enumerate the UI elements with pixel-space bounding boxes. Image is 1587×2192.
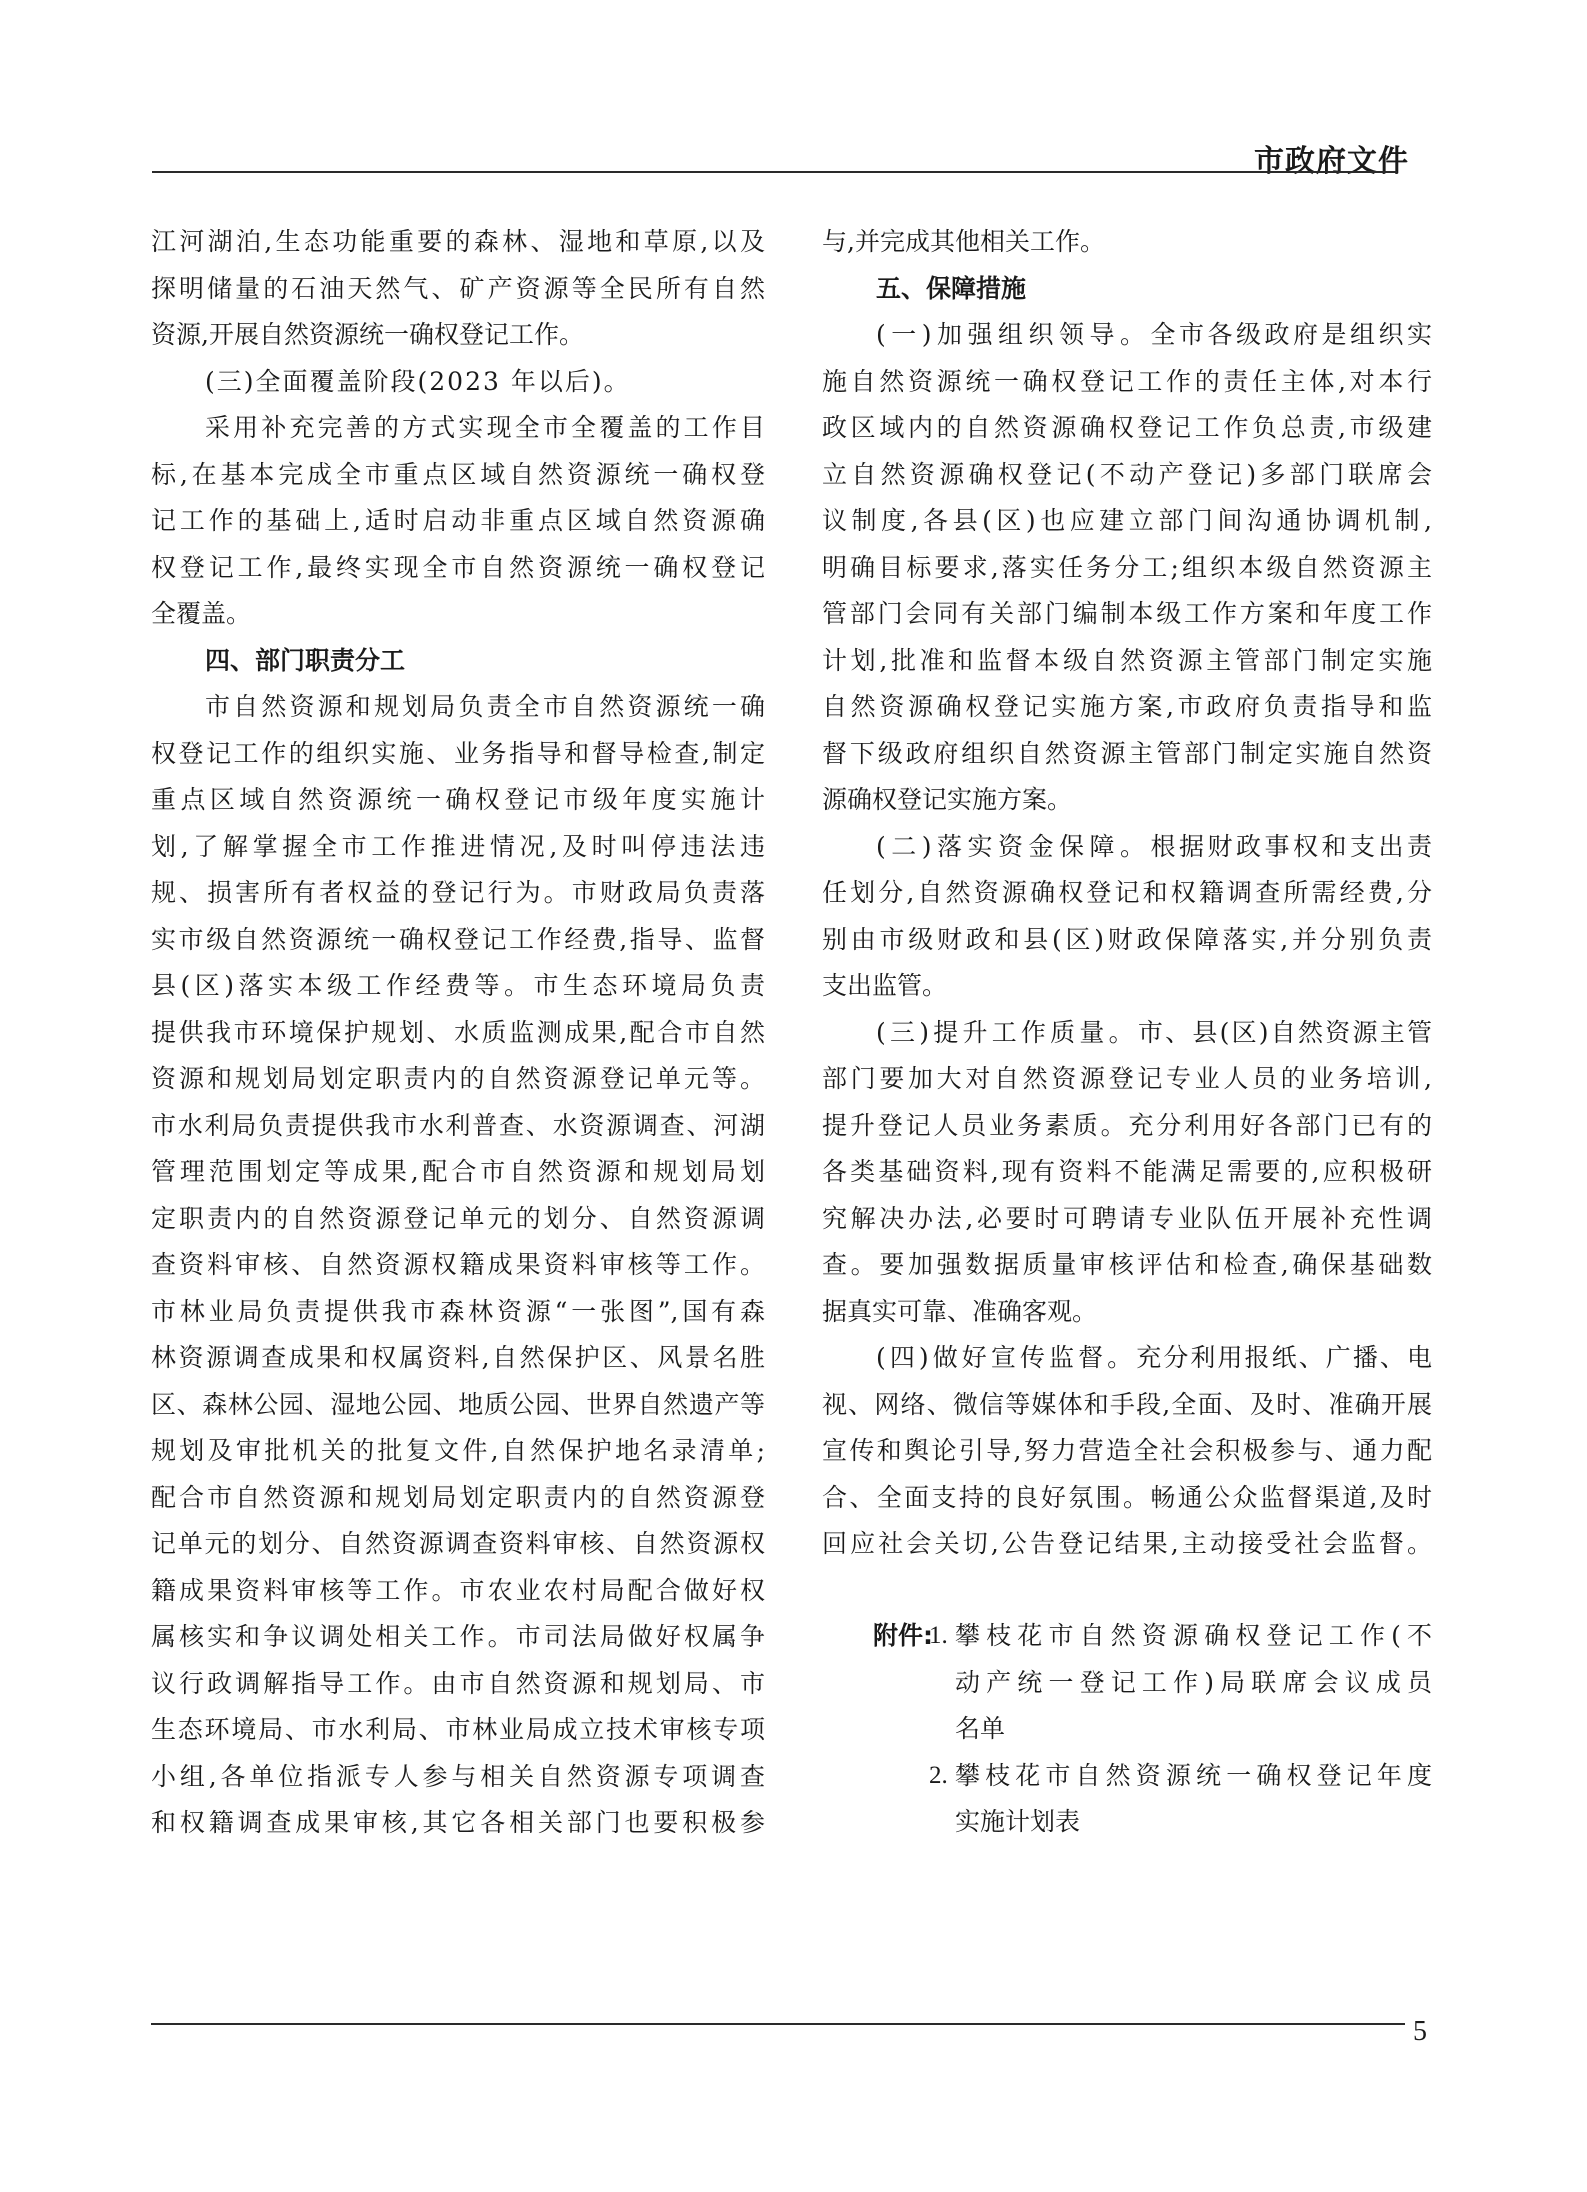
text-line: 采用补充完善的方式实现全市全覆盖的工作目 <box>151 412 765 459</box>
text-line: 宣传和舆论引导,努力营造全社会积极参与、通力配 <box>822 1435 1432 1482</box>
subsection-1-title: (一)加强组织领导。 <box>876 320 1151 349</box>
text-line: 定职责内的自然资源登记单元的划分、自然资源调 <box>151 1203 765 1250</box>
right-column: 与,并完成其他相关工作。 五、保障措施 (一)加强组织领导。全市各级政府是组织实… <box>822 226 1432 1575</box>
text-line: 立自然资源确权登记(不动产登记)多部门联席会 <box>822 459 1432 506</box>
running-header-title: 市政府文件 <box>1254 136 1409 180</box>
text-line: 明确目标要求,落实任务分工;组织本级自然资源主 <box>822 552 1432 599</box>
text-line: 规、损害所有者权益的登记行为。市财政局负责落 <box>151 877 765 924</box>
text-line: 全覆盖。 <box>151 598 765 645</box>
text-line: 议制度,各县(区)也应建立部门间沟通协调机制, <box>822 505 1432 552</box>
text-line: 查资料审核、自然资源权籍成果资料审核等工作。 <box>151 1249 765 1296</box>
text-line: 合、全面支持的良好氛围。畅通公众监督渠道,及时 <box>822 1482 1432 1529</box>
subsection-2-line: (二)落实资金保障。根据财政事权和支出责 <box>822 831 1432 878</box>
attachment-number: 2. <box>929 1760 948 1792</box>
text-line: 重点区域自然资源统一确权登记市级年度实施计 <box>151 784 765 831</box>
left-column: 江河湖泊,生态功能重要的森林、湿地和草原,以及 探明储量的石油天然气、矿产资源等… <box>151 226 765 1854</box>
text-line: 县(区)落实本级工作经费等。市生态环境局负责 <box>151 970 765 1017</box>
text-line: 查。要加强数据质量审核评估和检查,确保基础数 <box>822 1249 1432 1296</box>
subsection-1-line: (一)加强组织领导。全市各级政府是组织实 <box>822 319 1432 366</box>
footer-rule <box>151 2023 1405 2025</box>
text-line: 林资源调查成果和权属资料,自然保护区、风景名胜 <box>151 1342 765 1389</box>
attachment-number: 1. <box>929 1620 948 1652</box>
text-line: 实市级自然资源统一确权登记工作经费,指导、监督 <box>151 924 765 971</box>
text-line: 管部门会同有关部门编制本级工作方案和年度工作 <box>822 598 1432 645</box>
text-line: 回应社会关切,公告登记结果,主动接受社会监督。 <box>822 1528 1432 1575</box>
text-line: 权登记工作,最终实现全市自然资源统一确权登记 <box>151 552 765 599</box>
text-line: 支出监管。 <box>822 970 1432 1017</box>
subsection-4-title: (四)做好宣传监督。 <box>876 1343 1136 1372</box>
text-line: 市林业局负责提供我市森林资源“一张图”,国有森 <box>151 1296 765 1343</box>
section-heading-4: 四、部门职责分工 <box>151 645 765 692</box>
text-line: 自然资源确权登记实施方案,市政府负责指导和监 <box>822 691 1432 738</box>
text-line: 资源和规划局划定职责内的自然资源登记单元等。 <box>151 1063 765 1110</box>
text-line: 市水利局负责提供我市水利普查、水资源调查、河湖 <box>151 1110 765 1157</box>
section-heading-5: 五、保障措施 <box>822 273 1432 320</box>
attachment-title-line: 攀枝花市自然资源统一确权登记年度 <box>955 1760 1432 1792</box>
attachment-title-line: 攀枝花市自然资源确权登记工作(不 <box>955 1620 1432 1652</box>
text-line: 政区域内的自然资源确权登记工作负总责,市级建 <box>822 412 1432 459</box>
text-line: 生态环境局、市水利局、市林业局成立技术审核专项 <box>151 1714 765 1761</box>
text-line: 与,并完成其他相关工作。 <box>822 226 1432 273</box>
attachment-title-line: 动产统一登记工作)局联席会议成员 <box>955 1667 1432 1699</box>
attachment-item-1: 附件: 1. 攀枝花市自然资源确权登记工作(不 <box>873 1620 1433 1667</box>
text-span: 根据财政事权和支出责 <box>1151 832 1433 861</box>
text-line: 施自然资源统一确权登记工作的责任主体,对本行 <box>822 366 1432 413</box>
text-line: 议行政调解指导工作。由市自然资源和规划局、市 <box>151 1668 765 1715</box>
text-line: 视、网络、微信等媒体和手段,全面、及时、准确开展 <box>822 1389 1432 1436</box>
text-line: 和权籍调查成果审核,其它各相关部门也要积极参 <box>151 1807 765 1854</box>
subheading-phase-3: (三)全面覆盖阶段(2023 年以后)。 <box>151 366 765 413</box>
text-line: 提供我市环境保护规划、水质监测成果,配合市自然 <box>151 1017 765 1064</box>
attachment-title-line: 名单 <box>955 1713 1432 1745</box>
text-line: 提升登记人员业务素质。充分利用好各部门已有的 <box>822 1110 1432 1157</box>
header-rule <box>152 171 1397 173</box>
text-line: 别由市级财政和县(区)财政保障落实,并分别负责 <box>822 924 1432 971</box>
text-line: 各类基础资料,现有资料不能满足需要的,应积极研 <box>822 1156 1432 1203</box>
text-line: 属核实和争议调处相关工作。市司法局做好权属争 <box>151 1621 765 1668</box>
text-line: 任划分,自然资源确权登记和权籍调查所需经费,分 <box>822 877 1432 924</box>
attachments-label: 附件: <box>873 1620 933 1652</box>
text-line: 籍成果资料审核等工作。市农业农村局配合做好权 <box>151 1575 765 1622</box>
text-line: 探明储量的石油天然气、矿产资源等全民所有自然 <box>151 273 765 320</box>
subsection-3-title: (三)提升工作质量。 <box>876 1018 1138 1047</box>
text-line: 市自然资源和规划局负责全市自然资源统一确 <box>151 691 765 738</box>
subsection-3-line: (三)提升工作质量。市、县(区)自然资源主管 <box>822 1017 1432 1064</box>
text-line: 小组,各单位指派专人参与相关自然资源专项调查 <box>151 1761 765 1808</box>
text-line: 部门要加大对自然资源登记专业人员的业务培训, <box>822 1063 1432 1110</box>
text-line: 据真实可靠、准确客观。 <box>822 1296 1432 1343</box>
attachment-item-2-cont: 实施计划表 <box>873 1806 1433 1853</box>
text-line: 记工作的基础上,适时启动非重点区域自然资源确 <box>151 505 765 552</box>
text-line: 规划及审批机关的批复文件,自然保护地名录清单; <box>151 1435 765 1482</box>
subsection-2-title: (二)落实资金保障。 <box>876 832 1151 861</box>
text-line: 资源,开展自然资源统一确权登记工作。 <box>151 319 765 366</box>
text-line: 记单元的划分、自然资源调查资料审核、自然资源权 <box>151 1528 765 1575</box>
attachment-item-1-cont: 动产统一登记工作)局联席会议成员 <box>873 1667 1433 1714</box>
text-line: 权登记工作的组织实施、业务指导和督导检查,制定 <box>151 738 765 785</box>
page-number: 5 <box>1413 2016 1427 2048</box>
text-line: 江河湖泊,生态功能重要的森林、湿地和草原,以及 <box>151 226 765 273</box>
subsection-4-line: (四)做好宣传监督。充分利用报纸、广播、电 <box>822 1342 1432 1389</box>
text-span: 全市各级政府是组织实 <box>1151 320 1433 349</box>
attachment-title-line: 实施计划表 <box>955 1806 1432 1838</box>
attachment-item-1-cont: 名单 <box>873 1713 1433 1760</box>
text-line: 配合市自然资源和规划局划定职责内的自然资源登 <box>151 1482 765 1529</box>
text-line: 源确权登记实施方案。 <box>822 784 1432 831</box>
text-span: 充分利用报纸、广播、电 <box>1136 1343 1432 1372</box>
text-line: 划,了解掌握全市工作推进情况,及时叫停违法违 <box>151 831 765 878</box>
attachment-item-2: 2. 攀枝花市自然资源统一确权登记年度 <box>873 1760 1433 1807</box>
text-line: 管理范围划定等成果,配合市自然资源和规划局划 <box>151 1156 765 1203</box>
text-line: 区、森林公园、湿地公园、地质公园、世界自然遗产等 <box>151 1389 765 1436</box>
text-line: 究解决办法,必要时可聘请专业队伍开展补充性调 <box>822 1203 1432 1250</box>
text-line: 标,在基本完成全市重点区域自然资源统一确权登 <box>151 459 765 506</box>
text-span: 市、县(区)自然资源主管 <box>1138 1018 1432 1047</box>
text-line: 督下级政府组织自然资源主管部门制定实施自然资 <box>822 738 1432 785</box>
text-line: 计划,批准和监督本级自然资源主管部门制定实施 <box>822 645 1432 692</box>
attachments-block: 附件: 1. 攀枝花市自然资源确权登记工作(不 动产统一登记工作)局联席会议成员… <box>873 1620 1433 1853</box>
